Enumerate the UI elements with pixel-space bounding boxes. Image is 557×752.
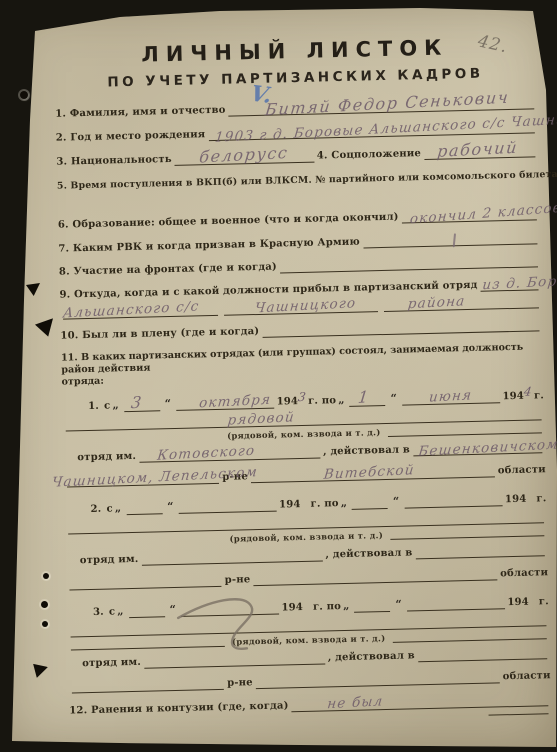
caption-left-line — [71, 638, 225, 651]
caption-right-line — [387, 424, 541, 437]
unit2-day2-line — [352, 495, 388, 510]
rvk-blank-line — [363, 230, 538, 248]
field-party-label: 5. Время поступления в ВКП(б) или ВЛКСМ.… — [57, 169, 557, 193]
unit2-district-row: р-не области — [66, 565, 548, 590]
field-fronts-row: 8. Участие на фронтах (где и когда) — [59, 253, 541, 278]
form-content: 42. ЛИЧНЫЙ ЛИСТОК ПО УЧЕТУ ПАРТИЗАНСКИХ … — [53, 19, 551, 717]
unit1-name-line: Котовского — [139, 445, 320, 463]
punch-hole — [41, 601, 48, 608]
unit1-day-handwriting: 3 — [130, 392, 144, 412]
caption-right-line — [390, 527, 544, 540]
field-birth-label: 2. Год и место рождения — [56, 129, 206, 145]
rank-caption: (рядовой, ком. взвода и т. д.) — [225, 529, 387, 544]
unit3-month-line — [181, 601, 279, 617]
scan-background: 42. ЛИЧНЫЙ ЛИСТОК ПО УЧЕТУ ПАРТИЗАНСКИХ … — [0, 0, 557, 752]
punch-hole — [20, 91, 28, 99]
quote-close: “ — [393, 598, 404, 612]
field-education-row: 6. Образование: общее и военное (что и к… — [58, 206, 540, 231]
field-nationality-row: 3. Национальность белорусс 4. Соцположен… — [56, 143, 538, 168]
oblast-label: области — [498, 464, 546, 477]
year-prefix: 194 — [281, 602, 303, 615]
unit1-number: 1. — [88, 401, 99, 413]
to-label: г. по — [310, 498, 338, 511]
field-fronts-label: 8. Участие на фронтах (где и когда) — [59, 262, 277, 279]
education-blank-line: окончил 2 классов — [401, 206, 536, 223]
unit3-name-line — [144, 650, 325, 668]
unit3-oblast-line — [256, 669, 500, 689]
unit1-day2-handwriting: 1 — [357, 387, 371, 407]
unit1-district-line: Чашницком, Лепельском — [67, 470, 220, 488]
social-handwriting: рабочий — [436, 138, 519, 161]
acted-in-label: , действовал в — [328, 650, 415, 664]
caption-right-line — [392, 630, 546, 643]
field-captivity-label: 10. Был ли в плену (где и когда) — [60, 326, 259, 343]
captivity-blank-line — [262, 317, 539, 338]
unit-name-label: отряд им. — [80, 554, 139, 567]
unit1-month2-line: июня — [402, 389, 500, 405]
unit1-year2-handwriting: 4 — [523, 384, 535, 398]
punch-hole — [42, 621, 48, 627]
origin-handwriting: из д. Боровые — [482, 271, 557, 293]
field-rvk-row: 7. Каким РВК и когда призван в Красную А… — [58, 230, 540, 255]
nationality-blank-line: белорусс — [175, 149, 314, 166]
year-prefix: 194 — [277, 396, 299, 409]
form-subtitle: ПО УЧЕТУ ПАРТИЗАНСКИХ КАДРОВ — [54, 64, 536, 91]
origin-blank-line3: Чашницкого — [223, 298, 378, 316]
quote-close: “ — [391, 495, 402, 509]
quote-close: “ — [167, 603, 178, 617]
year-g-label: г. — [539, 596, 549, 608]
field-surname-label: 1. Фамилия, имя и отчество — [55, 105, 226, 121]
quote-open: „ — [115, 604, 126, 618]
unit3-acted-line — [418, 645, 548, 662]
oblast-label: области — [503, 670, 551, 683]
caption-spacer — [66, 433, 220, 445]
quote-open: „ — [336, 393, 347, 407]
punch-hole — [43, 573, 49, 579]
year-prefix: 194 — [502, 391, 524, 404]
field-social-label: 4. Соцположение — [317, 148, 421, 162]
unit2-name-row: отряд им. , действовал в — [80, 542, 548, 567]
unit1-month-handwriting: октября — [199, 392, 273, 412]
unit2-oblast-line — [253, 566, 497, 586]
quote-open: „ — [110, 398, 121, 412]
unit1-acted-line: Бешенковичском, Сенненском — [413, 439, 543, 456]
unit2-district-line — [69, 573, 222, 591]
unit2-acted-line — [415, 542, 545, 559]
rank-caption: (рядовой, ком. взвода и т. д.) — [223, 426, 385, 441]
unit3-district-line — [72, 676, 225, 694]
form-title: ЛИЧНЫЙ ЛИСТОК — [54, 33, 536, 68]
origin-handwriting3: Чашницкого — [254, 295, 357, 316]
unit2-month-line — [178, 498, 276, 514]
unit3-month2-line — [407, 595, 505, 611]
unit1-day-line: 3 — [124, 397, 160, 412]
to-label: г. по — [313, 601, 341, 614]
origin-handwriting4: района — [407, 293, 466, 312]
unit2-month2-line — [404, 492, 502, 508]
unit2-name-line — [141, 548, 322, 566]
field-nationality-label: 3. Национальность — [56, 154, 172, 169]
wounds-handwriting: не был — [327, 693, 385, 712]
surname-blank-line: Битяй Федор Сенькович — [228, 95, 534, 116]
surname-handwriting: Битяй Федор Сенькович — [264, 88, 510, 120]
quote-open: „ — [339, 496, 350, 510]
year-prefix: 194 — [505, 494, 527, 507]
quote-open: „ — [113, 501, 124, 515]
field-captivity-row: 10. Был ли в плену (где и когда) — [60, 317, 542, 342]
unit1-year-handwriting: 3 — [297, 390, 309, 404]
unit1-district-handwriting: Чашницком, Лепельском — [51, 464, 259, 491]
field-units-header: 11. В каких партизанских отрядах (или гр… — [61, 341, 544, 388]
oblast-label: области — [500, 567, 548, 580]
district-label: р-не — [227, 677, 253, 690]
social-blank-line: рабочий — [424, 143, 536, 160]
birth-blank-line: 1903 г д. Боровые Альшанского с/с Чашниц… — [208, 119, 535, 141]
to-label: г. по — [308, 395, 336, 408]
unit3-day2-line — [354, 598, 390, 613]
quote-close: “ — [388, 392, 399, 406]
nationality-handwriting: белорусс — [199, 143, 290, 167]
rank-caption: (рядовой, ком. взвода и т. д.) — [228, 632, 390, 647]
caption-spacer — [68, 536, 222, 548]
fronts-blank-line — [280, 253, 538, 273]
unit1-day2-line: 1 — [349, 392, 385, 407]
origin-blank-line4: района — [384, 294, 539, 312]
unit3-name-row: отряд им. , действовал в — [82, 645, 550, 670]
year-prefix: 194 — [279, 499, 301, 512]
field-rvk-label: 7. Каким РВК и когда призван в Красную А… — [58, 237, 360, 256]
education-handwriting: окончил 2 классов — [409, 200, 557, 228]
unit1-oblast-line: Витебской — [251, 463, 495, 483]
field-party-row: 5. Время поступления в ВКП(б) или ВЛКСМ.… — [57, 167, 539, 192]
unit1-name-handwriting: Котовского — [156, 443, 256, 464]
unit1-month-line: октября — [176, 395, 274, 411]
district-label: р-не — [225, 574, 251, 587]
stray-pencil-tick — [453, 233, 456, 247]
unit3-number: 3. — [93, 607, 104, 619]
acted-in-label: , действовал в — [323, 444, 410, 458]
origin-blank-line: из д. Боровые — [480, 276, 538, 291]
unit1-rank-handwriting: рядовой — [227, 409, 296, 429]
unit3-district-row: р-не области — [69, 668, 551, 693]
unit-name-label: отряд им. — [82, 657, 141, 670]
unit3-day-line — [128, 603, 164, 618]
origin-blank-line2: Альшанского с/с — [63, 302, 218, 320]
unit1-month2-handwriting: июня — [428, 387, 473, 405]
quote-open: „ — [341, 599, 352, 613]
year-g-label: г. — [536, 493, 546, 505]
year-prefix: 194 — [507, 597, 529, 610]
year-g-label: г. — [534, 390, 544, 402]
unit2-number: 2. — [90, 504, 101, 516]
origin-handwriting2: Альшанского с/с — [62, 298, 200, 321]
field-education-label: 6. Образование: общее и военное (что и к… — [58, 212, 399, 232]
quote-close: “ — [163, 397, 174, 411]
unit2-day-line — [126, 500, 162, 515]
unit1-district-row: Чашницком, Лепельском р-не Витебской обл… — [64, 462, 546, 487]
quote-close: “ — [165, 500, 176, 514]
unit1-oblast-handwriting: Витебской — [323, 462, 415, 483]
unit1-name-row: отряд им. Котовского , действовал в Беше… — [77, 439, 545, 464]
unit-name-label: отряд им. — [77, 451, 136, 464]
acted-in-label: , действовал в — [325, 547, 412, 561]
